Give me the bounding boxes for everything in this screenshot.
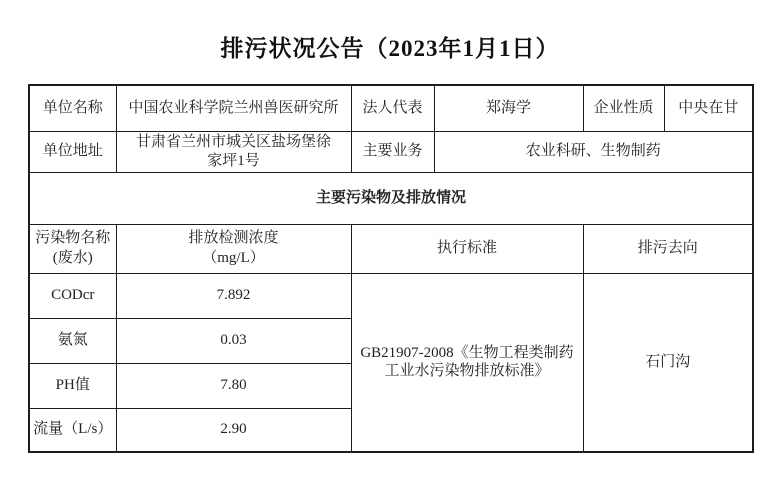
page-title: 排污状况公告（2023年1月1日） [0,30,780,63]
address-label: 单位地址 [29,131,116,172]
announcement-page: 排污状况公告（2023年1月1日） 单位名称 中国农业科学院兰州兽医研究所 法人… [0,0,780,477]
pollutant-value: 0.03 [116,318,351,363]
pollutant-value: 2.90 [116,408,351,452]
section-title: 主要污染物及排放情况 [29,172,753,224]
pollutant-column-header: 污染物名称 (废水) [29,224,116,273]
pollutant-name: 流量（L/s） [29,408,116,452]
business-value: 农业科研、生物制药 [434,131,753,172]
concentration-header-line2: （mg/L） [119,249,349,269]
standard-value-cell: GB21907-2008《生物工程类制药工业水污染物排放标准》 [351,273,583,452]
pollutant-name: PH值 [29,363,116,408]
legal-rep-value: 郑海学 [434,85,583,131]
announcement-table: 单位名称 中国农业科学院兰州兽医研究所 法人代表 郑海学 企业性质 中央在甘 单… [28,84,754,453]
standard-column-header: 执行标准 [351,224,583,273]
unit-name-value: 中国农业科学院兰州兽医研究所 [116,85,351,131]
concentration-column-header: 排放检测浓度 （mg/L） [116,224,351,273]
unit-name-label: 单位名称 [29,85,116,131]
pollutant-value: 7.80 [116,363,351,408]
enterprise-type-value: 中央在甘 [664,85,753,131]
pollutant-value: 7.892 [116,273,351,318]
pollutant-name: CODcr [29,273,116,318]
business-label: 主要业务 [351,131,434,172]
enterprise-type-label: 企业性质 [583,85,664,131]
pollutant-header-line2: (废水) [32,249,114,269]
address-row: 单位地址 甘肃省兰州市城关区盐场堡徐家坪1号 主要业务 农业科研、生物制药 [29,131,753,172]
concentration-header-line1: 排放检测浓度 [119,229,349,249]
pollutant-header-line1: 污染物名称 [32,229,114,249]
section-header-row: 主要污染物及排放情况 [29,172,753,224]
legal-rep-label: 法人代表 [351,85,434,131]
address-text: 甘肃省兰州市城关区盐场堡徐家坪1号 [136,133,332,171]
column-header-row: 污染物名称 (废水) 排放检测浓度 （mg/L） 执行标准 排污去向 [29,224,753,273]
standard-value-text: GB21907-2008《生物工程类制药工业水污染物排放标准》 [357,344,577,382]
pollutant-name: 氨氮 [29,318,116,363]
destination-column-header: 排污去向 [583,224,753,273]
address-value: 甘肃省兰州市城关区盐场堡徐家坪1号 [116,131,351,172]
table-row-codcr: CODcr 7.892 GB21907-2008《生物工程类制药工业水污染物排放… [29,273,753,318]
destination-value-cell: 石门沟 [583,273,753,452]
unit-info-row: 单位名称 中国农业科学院兰州兽医研究所 法人代表 郑海学 企业性质 中央在甘 [29,85,753,131]
